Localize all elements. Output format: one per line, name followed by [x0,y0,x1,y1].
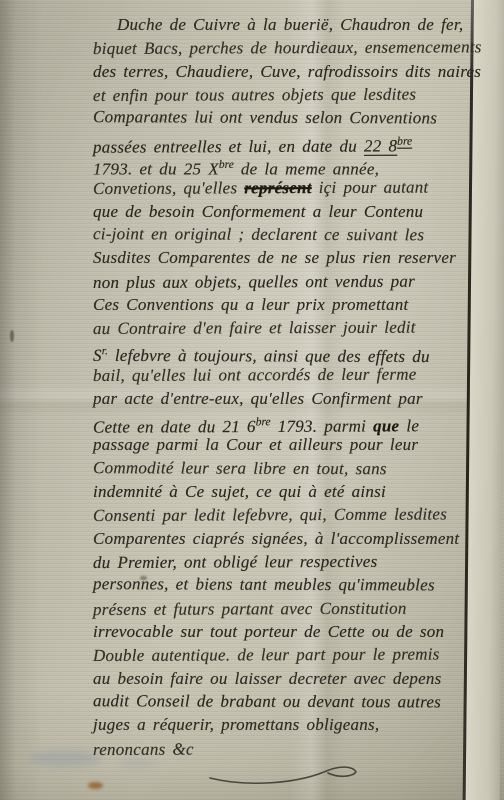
text-segment: représent [244,178,312,197]
text-segment: Convetions, qu'elles [93,179,244,199]
text-segment: Comparentes ciaprés signées, à l'accompl… [93,529,459,548]
text-segment: passage parmi la Cour et ailleurs pour l… [93,435,418,454]
text-segment: du Premier, ont obligé leur respectives [93,552,378,572]
manuscript-text-block: Duche de Cuivre à la buerië, Chaudron de… [0,13,504,760]
manuscript-line-26: présens et futurs partant avec Constitut… [93,596,504,621]
manuscript-line-23: Comparentes ciaprés signées, à l'accompl… [93,527,504,550]
manuscript-line-1: Duche de Cuivre à la buerië, Chaudron de… [93,13,504,36]
text-segment: que de besoin Conformement a leur Conten… [93,202,423,221]
manuscript-line-31: juges a réquerir, promettans obligeans, [93,713,504,736]
text-segment: au besoin faire ou laisser decreter avec… [93,669,442,688]
text-segment: passées entreelles et lui, en date du [93,136,364,156]
text-segment: 22 8 [364,136,397,155]
text-segment: biquet Bacs, perches de hourdieaux, ense… [93,38,482,59]
manuscript-line-2: biquet Bacs, perches de hourdieaux, ense… [93,35,504,60]
text-segment: irrevocable sur tout porteur de Cette ou… [93,622,444,641]
manuscript-line-6: passées entreelles et lui, en date du 22… [93,129,504,154]
text-segment: juges a réquerir, promettans obligeans, [93,715,379,734]
text-segment: Ces Conventions qu a leur prix promettan… [93,295,409,314]
text-segment: personnes, et biens tant meubles qu'imme… [93,574,435,594]
text-segment: bre [219,158,234,171]
text-segment: par acte d'entre-eux, qu'elles Confirmen… [93,389,423,408]
manuscript-line-30: audit Conseil de brabant ou devant tous … [93,689,504,714]
manuscript-line-20: Commodité leur sera libre en tout, sans [93,456,504,481]
manuscript-photo: Duche de Cuivre à la buerië, Chaudron de… [0,0,504,800]
manuscript-line-16: bail, qu'elles lui ont accordés de leur … [93,362,504,387]
manuscript-line-24: du Premier, ont obligé leur respectives [93,549,504,574]
manuscript-line-5: Comparantes lui ont vendus selon Convent… [93,106,504,131]
manuscript-line-11: Susdites Comparentes de ne se plus rien … [93,246,504,269]
text-segment: bre [397,134,412,147]
manuscript-line-12: non plus aux objets, quelles ont vendus … [93,269,504,294]
text-segment: non plus aux objets, quelles ont vendus … [93,271,415,291]
text-segment: des terres, Chaudiere, Cuve, rafrodissoi… [93,62,481,81]
text-segment: Commodité leur sera libre en tout, sans [93,458,387,478]
manuscript-line-15: Sr. lefebvre à toujours, ainsi que des e… [93,339,504,364]
manuscript-line-27: irrevocable sur tout porteur de Cette ou… [93,620,504,643]
text-segment: indemnité à Ce sujet, ce qui à eté ainsi [93,482,386,501]
text-segment: içi pour autant [312,178,429,198]
manuscript-line-21: indemnité à Ce sujet, ce qui à eté ainsi [93,480,504,503]
manuscript-line-4: et enfin pour tous autres objets que les… [93,82,504,107]
text-segment: Consenti par ledit lefebvre, qui, Comme … [93,505,447,526]
manuscript-line-9: que de besoin Conformement a leur Conten… [93,200,504,223]
text-segment: que [373,416,399,435]
manuscript-line-32: renoncans &c [93,736,504,761]
manuscript-line-17: par acte d'entre-eux, qu'elles Confirmen… [93,387,504,410]
text-segment: bail, qu'elles lui ont accordés de leur … [93,365,417,385]
manuscript-line-3: des terres, Chaudiere, Cuve, rafrodissoi… [93,60,504,83]
manuscript-line-22: Consenti par ledit lefebvre, qui, Comme … [93,502,504,527]
text-segment: Comparantes lui ont vendus selon Convent… [93,108,437,128]
manuscript-line-10: ci-joint en original ; declarent ce suiv… [93,222,504,247]
manuscript-line-13: Ces Conventions qu a leur prix promettan… [93,293,504,316]
manuscript-line-28: Double autentique. de leur part pour le … [93,642,504,667]
text-segment: Cette en date du 21 6 [93,417,256,437]
text-segment: renoncans &c [93,739,194,758]
manuscript-line-29: au besoin faire ou laisser decreter avec… [93,667,504,690]
text-segment: Susdites Comparentes de ne se plus rien … [93,248,456,267]
text-segment: et enfin pour tous autres objets que les… [93,85,416,105]
text-segment: 1793. parmi [271,416,373,435]
text-segment: présens et futurs partant avec Constitut… [93,598,407,618]
text-segment: ci-joint en original ; declarent ce suiv… [93,224,424,244]
text-segment: S [93,346,102,365]
text-segment: audit Conseil de brabant ou devant tous … [93,691,441,711]
text-segment: Duche de Cuivre à la buerië, Chaudron de… [117,15,463,34]
text-segment: au Contraire d'en faire et laisser jouir… [93,318,416,338]
text-segment: bre [256,415,271,428]
manuscript-line-18: Cette en date du 21 6bre 1793. parmi que… [93,409,504,434]
text-segment: Double autentique. de leur part pour le … [93,645,440,666]
manuscript-line-8: Convetions, qu'elles représent içi pour … [93,175,504,200]
manuscript-line-25: personnes, et biens tant meubles qu'imme… [93,572,504,597]
manuscript-line-14: au Contraire d'en faire et laisser jouir… [93,315,504,340]
text-segment: le [399,416,419,435]
